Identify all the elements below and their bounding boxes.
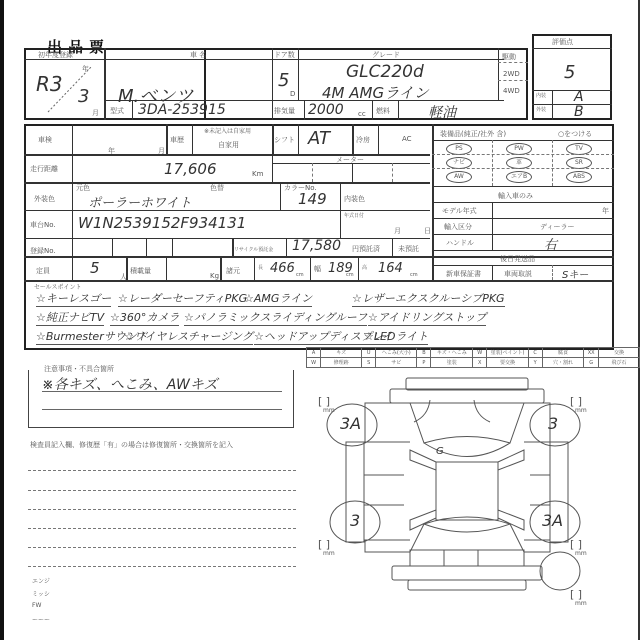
tread-mm-unit: mm <box>575 600 587 607</box>
grade-line1: GLC220d <box>346 62 424 82</box>
inspection-label: 車検 <box>38 135 52 145</box>
legend-key: Y <box>528 358 542 368</box>
shift-label: シフト <box>274 135 295 145</box>
sales-point-item: ☆360°カメラ <box>110 309 179 326</box>
legend-key: X <box>473 358 487 368</box>
legend-key: U <box>362 348 376 358</box>
legend-key: P <box>417 358 431 368</box>
length-value: 466 <box>270 261 295 276</box>
legend-key: B <box>417 348 431 358</box>
capacity-label: 定員 <box>36 266 50 276</box>
score-label: 評価点 <box>552 37 573 47</box>
legend-key: C <box>528 348 542 358</box>
equipment-item: ABS <box>566 171 592 183</box>
chassis-value: W1N2539152F934131 <box>78 214 246 232</box>
color-label: 外装色 <box>34 194 55 204</box>
fuel-label: 燃料 <box>376 106 390 116</box>
recycle-value: 17,580 <box>292 238 341 254</box>
scan-edge-left <box>0 0 4 640</box>
grade-label: グレード <box>372 50 400 60</box>
height-value: 164 <box>378 261 403 276</box>
tire-rear-right: 3A <box>542 511 563 530</box>
legend-key: A <box>307 348 321 358</box>
ac-value: AC <box>402 135 412 143</box>
footer-label: ミッシ <box>32 589 50 598</box>
sales-point-item: ☆レーダーセーフティPKG <box>118 290 247 307</box>
chassis-label: 車台No. <box>30 220 56 230</box>
legend-value: へこみ(大小) <box>376 348 417 358</box>
import-class-value: ディーラー <box>540 222 574 232</box>
interior-score: A <box>574 89 584 105</box>
legend-value: サビ <box>376 358 417 368</box>
legend-value: 腐食 <box>542 348 584 358</box>
footer-label: FW <box>32 602 41 609</box>
windshield-mark: G <box>436 446 444 457</box>
legend-key: G <box>584 358 598 368</box>
sales-point-item: ☆アイドリングストップ <box>368 309 486 326</box>
shift-value: AT <box>308 128 330 149</box>
color-no: 149 <box>298 190 327 208</box>
capacity-value: 5 <box>90 259 100 277</box>
first-reg-year: R3 <box>36 72 63 96</box>
sales-point-item: ☆LEDライト <box>364 328 428 345</box>
exterior-score: B <box>574 104 584 120</box>
equipment-label: 装備品(純正/社外 含) <box>440 129 506 139</box>
doors-label: ドア数 <box>274 50 295 60</box>
first-reg-month: 3 <box>78 86 89 107</box>
sales-point-item: ☆レザーエクスクルーシブPKG <box>352 290 505 307</box>
overall-score: 5 <box>564 62 575 83</box>
legend-key: XX <box>584 348 598 358</box>
legend-value: 塗装 <box>431 358 473 368</box>
history-label: 車歴 <box>170 135 184 145</box>
sales-point-item: ☆純正ナビTV <box>36 309 104 326</box>
tire-front-right: 3 <box>548 414 558 433</box>
sales-point-item: ☆AMGライン <box>244 290 312 307</box>
tread-mm-unit: mm <box>575 550 587 557</box>
legend-value: キズ <box>321 348 362 358</box>
legend-value: 穴・割れ <box>542 358 584 368</box>
legend-value: 飛び石 <box>598 358 639 368</box>
drive-4wd: 4WD <box>503 87 520 95</box>
displacement-value: 2000 <box>308 102 344 118</box>
equipment-item: AW <box>446 171 472 183</box>
legend-value: 修理跡 <box>321 358 362 368</box>
sales-point-item: ☆ワイヤレスチャージング <box>124 328 253 345</box>
footer-label: エンジ <box>32 576 50 585</box>
legend-value: キズ・へこみ <box>431 348 473 358</box>
model-value: 3DA-253915 <box>138 102 226 118</box>
damage-legend: AキズUへこみ(大小)Bキズ・へこみW塗装(ペイント)C腐食XX交換W修理跡Sサ… <box>306 347 640 368</box>
legend-key: W <box>473 348 487 358</box>
displacement-label: 排気量 <box>274 106 295 116</box>
mileage-label: 走行距離 <box>30 164 58 174</box>
tire-front-left: 3A <box>340 414 361 433</box>
legend-value: 要交換 <box>487 358 528 368</box>
car-name-label: 車 名 <box>190 50 206 60</box>
sales-point-item: ☆パノラミックスライディングルーフ <box>184 309 367 326</box>
ac-label: 冷房 <box>356 135 370 145</box>
inspector-label: 検査員記入欄、修復歴「有」の場合は修復箇所・交換箇所を記入 <box>30 440 233 450</box>
import-only-label: 輸入車のみ <box>498 191 533 201</box>
tread-mm-unit: mm <box>575 407 587 414</box>
color-value: ポーラーホワイト <box>88 192 192 211</box>
legend-key: W <box>307 358 321 368</box>
history-value: 自家用 <box>218 140 239 150</box>
legend-value: 交換 <box>598 348 639 358</box>
reg-no-label: 登録No. <box>30 246 56 256</box>
equipment-item: エアB <box>506 171 532 183</box>
sales-point-item: ☆キーレスゴー <box>36 290 111 307</box>
doors-value: 5 <box>278 70 289 91</box>
mileage-value: 17,606 <box>164 160 217 178</box>
tread-mm-unit: mm <box>323 550 335 557</box>
grade-line2: 4M AMGライン <box>322 82 429 103</box>
model-label: 型式 <box>110 106 124 116</box>
tire-rear-left: 3 <box>350 511 360 530</box>
legend-value: 塗装(ペイント) <box>487 348 528 358</box>
tread-mm-unit: mm <box>323 407 335 414</box>
legend-key: S <box>362 358 376 368</box>
drive-2wd: 2WD <box>503 70 520 78</box>
fuel-value: 軽油 <box>428 102 456 122</box>
footer-label: ーーー <box>32 615 50 624</box>
drive-label: 駆動 <box>502 52 516 62</box>
spare-key-value: Sキー <box>562 266 588 281</box>
